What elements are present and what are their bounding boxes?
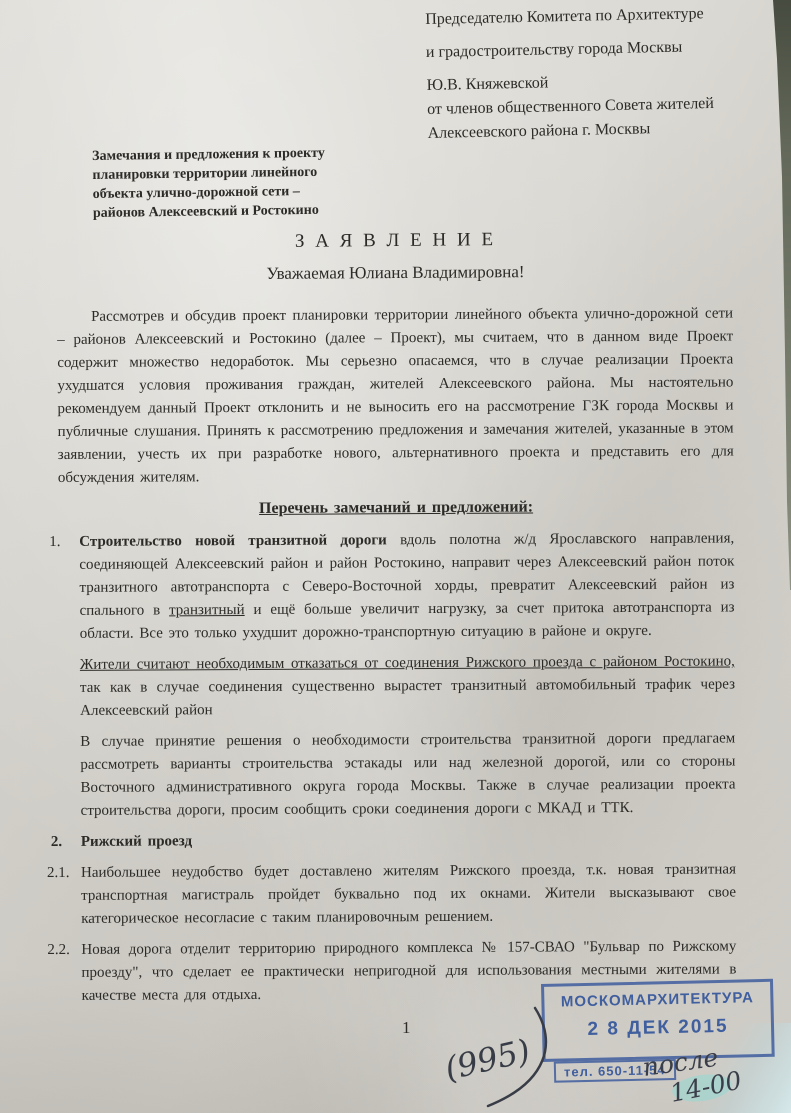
- marker-smudge: [670, 1071, 733, 1105]
- item2-heading: Рижский проезд: [81, 827, 736, 853]
- recipient-block: Председателю Комитета по Архитектуре и г…: [425, 2, 773, 156]
- document-title: З А Я В Л Е Н И Е: [0, 227, 791, 256]
- recipient-line: и градостроительству города Москвы: [426, 35, 771, 63]
- item2-1-number: 2.1.: [47, 862, 70, 885]
- item2-number: 2.: [51, 831, 62, 854]
- item1-paragraph-1: Строительство новой транзитной дороги вд…: [79, 527, 735, 645]
- handwritten-time: 14-00: [668, 1066, 744, 1108]
- list-item-2-1: 2.1. Наибольшее неудобство будет доставл…: [60, 858, 736, 931]
- item1-number: 1.: [49, 531, 60, 554]
- recipient-line: Ю.В. Княжевской: [426, 68, 771, 96]
- recipient-line: Алексеевского района г. Москвы: [427, 116, 772, 144]
- document-body: Рассмотрев и обсудив проект планировки т…: [57, 302, 737, 1016]
- stamp-date: 2 8 ДЕК 2015: [545, 1015, 771, 1042]
- list-item-2: 2. Рижский проезд: [60, 827, 736, 854]
- item1-paragraph-3: В случае принятие решения о необходимост…: [80, 727, 735, 822]
- recipient-line: от членов общественного Совета жителей: [427, 92, 772, 120]
- list-item-1: 1. Строительство новой транзитной дороги…: [58, 527, 736, 823]
- page-number: 1: [402, 1018, 411, 1038]
- document-photo: Председателю Комитета по Архитектуре и г…: [0, 0, 791, 1113]
- list-heading: Перечень замечаний и предложений:: [58, 494, 734, 521]
- item1-demand-underlined: Жители считают необходимым отказаться от…: [80, 653, 735, 672]
- list-heading-text: Перечень замечаний и предложений:: [259, 499, 533, 517]
- item2-2-number: 2.2.: [47, 939, 70, 962]
- subject-line: районов Алексеевский и Ростокино: [93, 200, 378, 223]
- item1-lead-bold: Строительство новой транзитной дороги: [79, 532, 387, 550]
- intro-paragraph: Рассмотрев и обсудив проект планировки т…: [57, 302, 734, 490]
- stamp-phone: тел. 650-11-54: [554, 1059, 676, 1083]
- salutation: Уважаемая Юлиана Владимировна!: [0, 260, 791, 286]
- item1-demand-rest: так как в случае соединения существенно …: [80, 676, 735, 718]
- background-edge: [771, 0, 791, 590]
- item1-paragraph-2: Жители считают необходимым отказаться от…: [80, 650, 735, 722]
- handwritten-paren-stroke: [488, 1008, 546, 1106]
- recipient-line: Председателю Комитета по Архитектуре: [425, 2, 770, 30]
- subject-block: Замечания и предложения к проекту планир…: [92, 143, 378, 223]
- handwritten-number: (995): [441, 1031, 533, 1087]
- approval-stamp: МОСКОМАРХИТЕКТУРА 2 8 ДЕК 2015 тел. 650-…: [541, 979, 775, 1062]
- item2-1-text: Наибольшее неудобство будет доставлено ж…: [81, 858, 736, 930]
- stamp-organization: МОСКОМАРХИТЕКТУРА: [544, 989, 770, 1011]
- item1-underlined-word: транзитный: [169, 602, 245, 618]
